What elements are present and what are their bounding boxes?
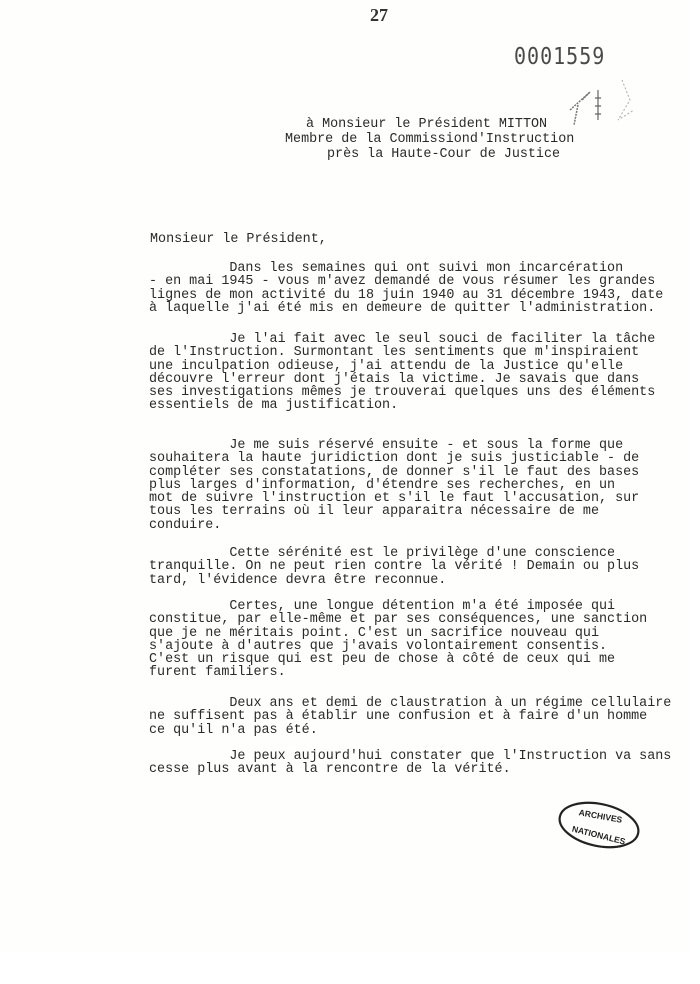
paragraph-line: ne suffisent pas à établir une confusion… [149,710,700,723]
paragraph: Je l'ai fait avec le seul souci de facil… [149,333,700,413]
paragraph-line: s'ajoute à d'autres que j'avais volontai… [149,640,700,653]
paragraph-line: ses investigations mêmes je trouverai qu… [149,386,700,399]
paragraph: Deux ans et demi de claustration à un ré… [149,697,700,737]
paragraph-line: tard, l'évidence devra être reconnue. [149,574,700,587]
handwritten-mark-icon [560,70,650,130]
paragraph-line: Je l'ai fait avec le seul souci de facil… [149,333,700,346]
page-number: 27 [370,5,388,26]
addressee-line-3: près la Haute-Cour de Justice [327,147,560,163]
salutation: Monsieur le Président, [150,232,327,247]
paragraph-line: Je me suis réservé ensuite - et sous la … [149,439,700,452]
paragraph-line: plus larges d'information, d'étendre ses… [149,479,700,492]
addressee-line-1: à Monsieur le Président MITTON [306,117,547,133]
paragraph-line: cesse plus avant à la rencontre de la vé… [149,763,700,776]
paragraph-line: constitue, par elle-même et par ses cons… [149,613,700,626]
paragraph: Dans les semaines qui ont suivi mon inca… [149,262,700,315]
paragraph-line: Deux ans et demi de claustration à un ré… [149,697,700,710]
paragraph-line: mot de suivre l'instruction et s'il le f… [149,492,700,505]
archives-nationales-stamp: ARCHIVES NATIONALES [556,800,642,850]
paragraph-line: Cette sérénité est le privilège d'une co… [149,547,700,560]
paragraph-line: de l'Instruction. Surmontant les sentime… [149,346,700,359]
paragraph-line: lignes de mon activité du 18 juin 1940 a… [149,289,700,302]
paragraph: Cette sérénité est le privilège d'une co… [149,547,700,587]
paragraph: Je me suis réservé ensuite - et sous la … [149,439,700,532]
paragraph-line: conduire. [149,519,700,532]
reference-code: 0001559 [514,42,605,70]
paragraph-line: Certes, une longue détention m'a été imp… [149,600,700,613]
paragraph-line: furent familiers. [149,666,700,679]
paragraph-line: Je peux aujourd'hui constater que l'Inst… [149,750,700,763]
paragraph-line: que je ne méritais point. C'est un sacri… [149,627,700,640]
paragraph-line: - en mai 1945 - vous m'avez demandé de v… [149,275,700,288]
paragraph-line: souhaitera la haute juridiction dont je … [149,452,700,465]
addressee-line-2: Membre de la Commissiond'Instruction [285,132,574,148]
paragraph-line: compléter ses constatations, de donner s… [149,466,700,479]
paragraph: Je peux aujourd'hui constater que l'Inst… [149,750,700,777]
paragraph-line: ce qu'il n'a pas été. [149,724,700,737]
paragraph-line: à laquelle j'ai été mis en demeure de qu… [149,302,700,315]
paragraph-line: Dans les semaines qui ont suivi mon inca… [149,262,700,275]
paragraph-line: tous les terrains où il leur apparaitra … [149,505,700,518]
document-page: 27 0001559 à Monsieur le Président MITTO… [0,0,690,952]
svg-text:NATIONALES: NATIONALES [571,824,627,847]
paragraph-line: une inculpation odieuse, j'ai attendu de… [149,360,700,373]
paragraph-line: tranquille. On ne peut rien contre la vé… [149,560,700,573]
paragraph: Certes, une longue détention m'a été imp… [149,600,700,680]
paragraph-line: découvre l'erreur dont j'étais la victim… [149,373,700,386]
paragraph-line: essentiels de ma justification. [149,399,700,412]
svg-text:ARCHIVES: ARCHIVES [578,807,623,825]
paragraph-line: C'est un risque qui est peu de chose à c… [149,653,700,666]
